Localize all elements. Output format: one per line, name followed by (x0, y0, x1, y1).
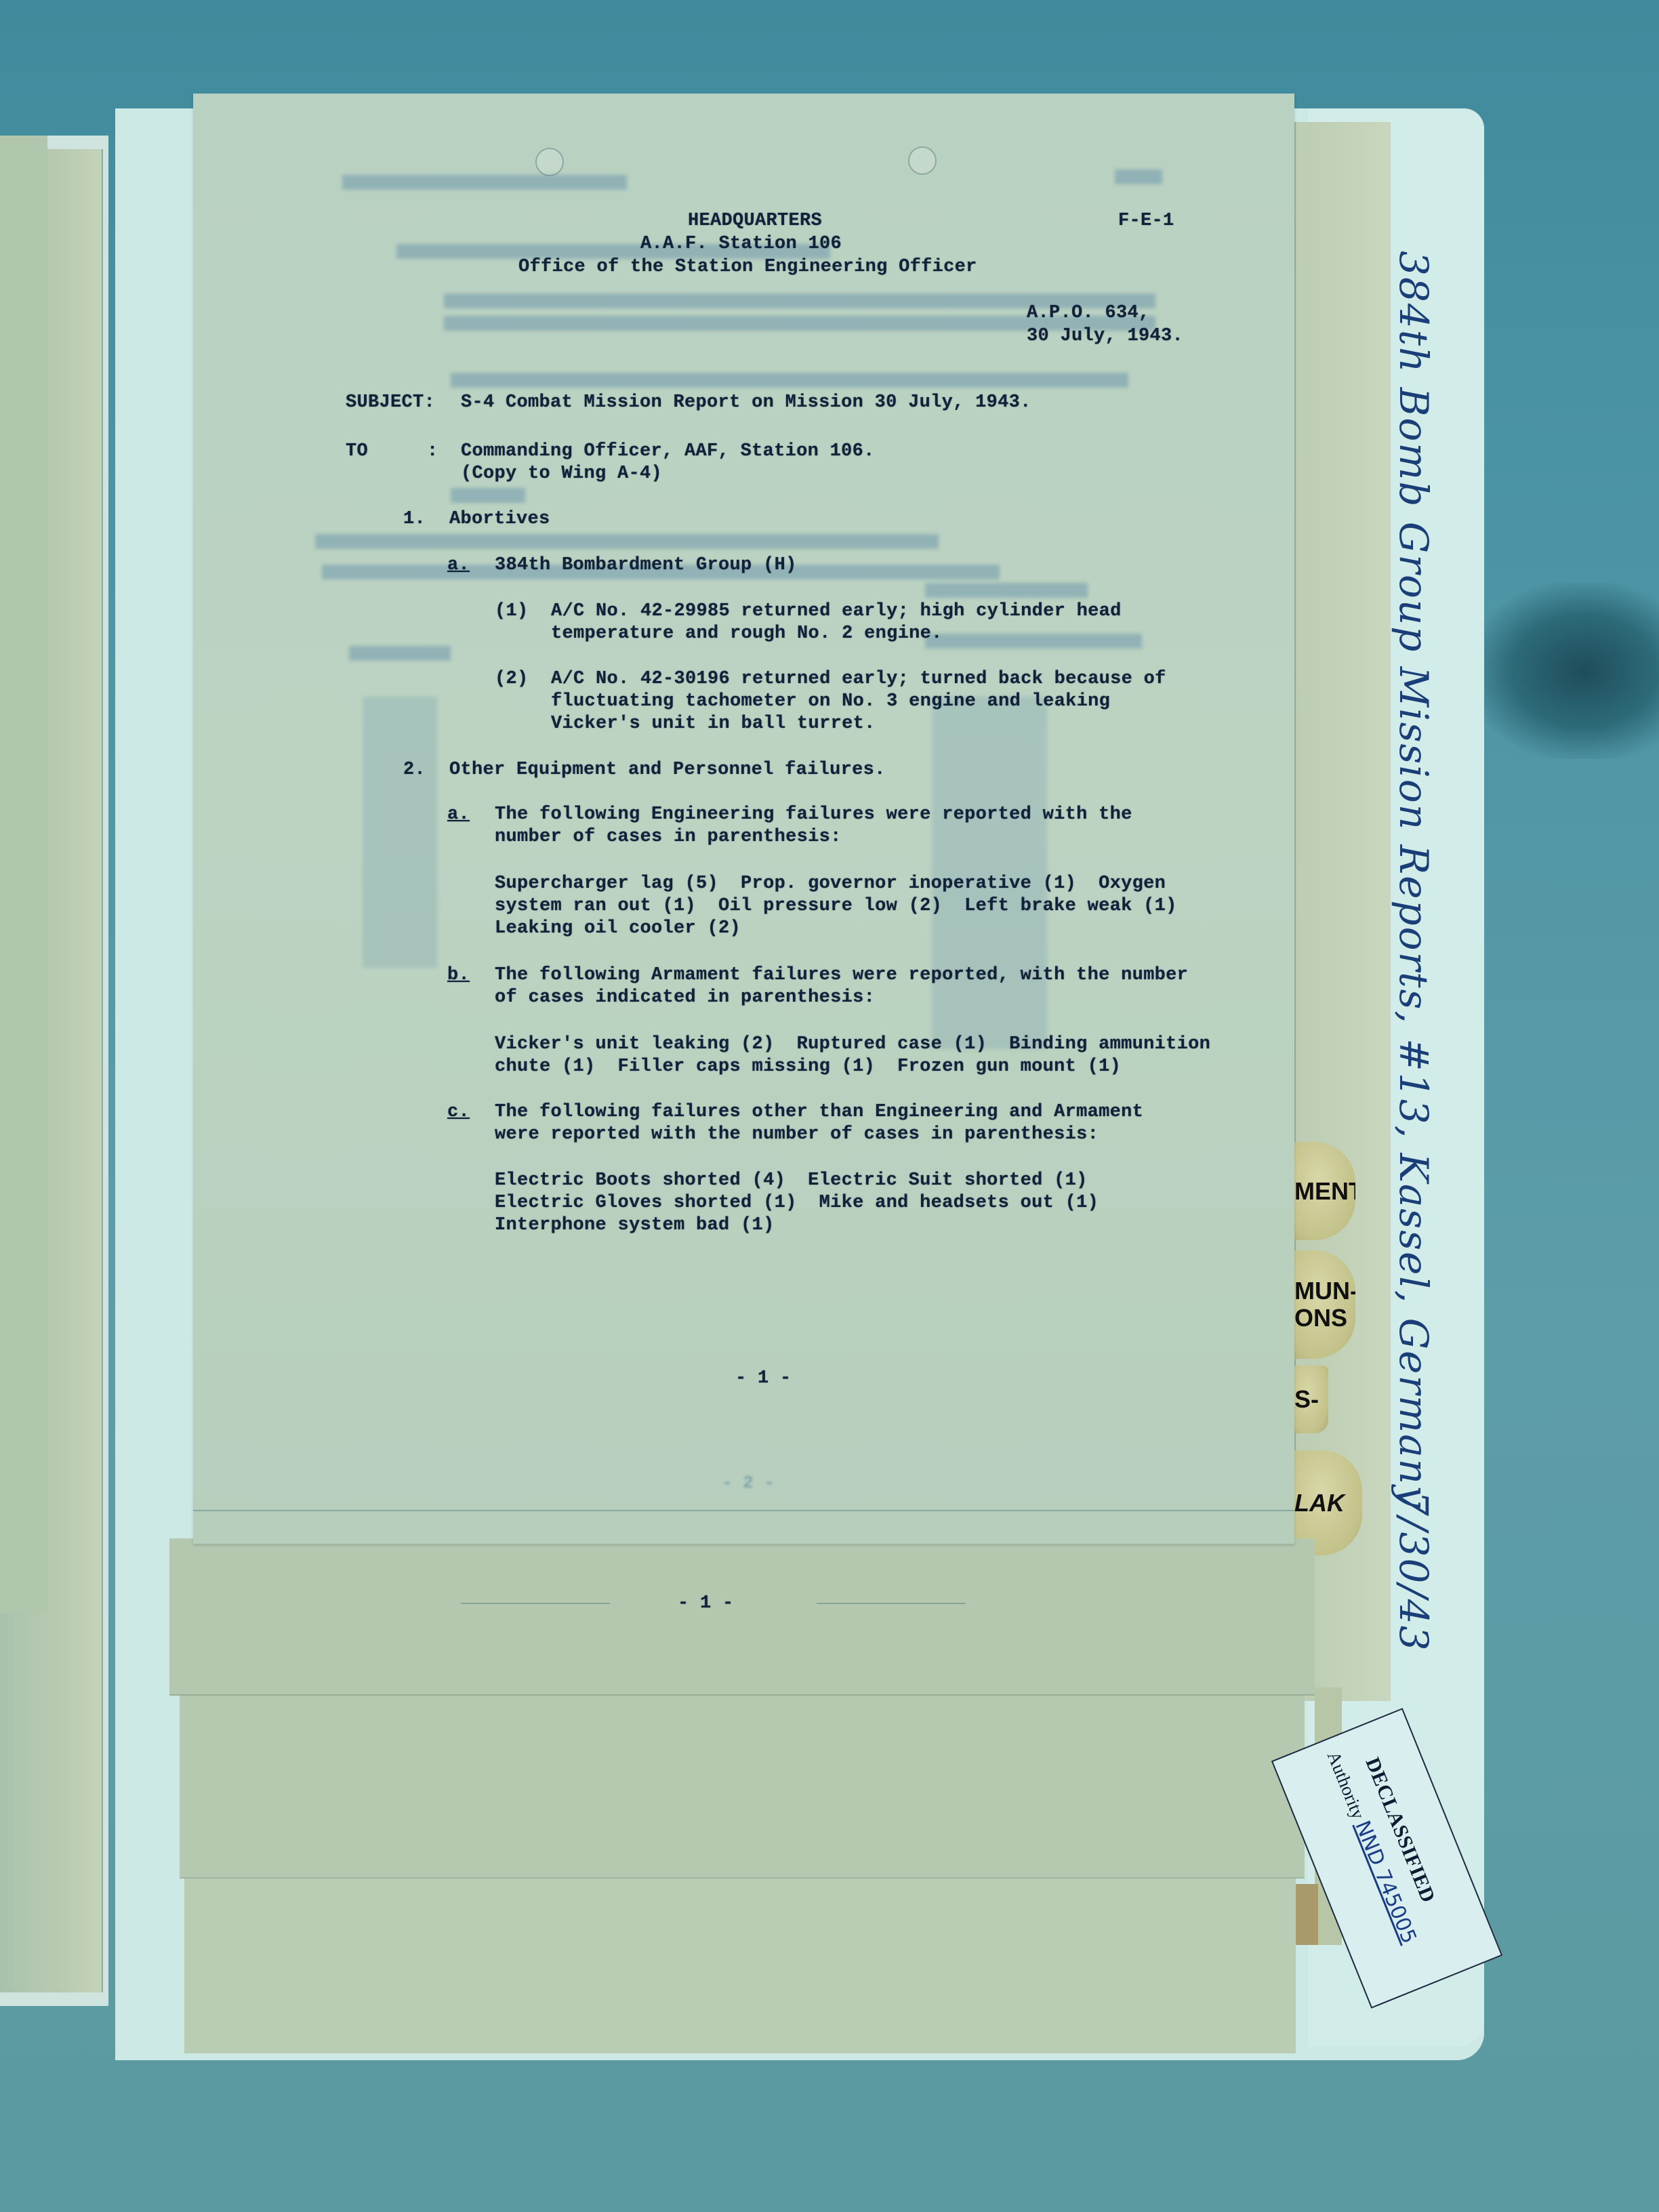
to-copy: (Copy to Wing A-4) (461, 463, 662, 485)
bleed-through-text (451, 488, 525, 503)
subsection-letter: b. (447, 964, 470, 987)
folder-handwritten-label: 384th Bomb Group Mission Reports, #13, K… (1391, 251, 1437, 1509)
punch-hole (535, 148, 564, 176)
back-sheet-1: - 1 - (169, 1538, 1315, 1696)
bleed-through-text (925, 583, 1088, 598)
failure-list: Leaking oil cooler (2) (495, 918, 741, 940)
subsection-title: 384th Bombardment Group (H) (495, 554, 797, 577)
bleed-through-column (363, 697, 437, 968)
page-number: - 1 - (735, 1368, 792, 1390)
header-headquarters: HEADQUARTERS (688, 210, 822, 232)
item-line: temperature and rough No. 2 engine. (551, 623, 943, 645)
subsection-intro: of cases indicated in parenthesis: (495, 987, 875, 1009)
failure-list: Electric Boots shorted (4) Electric Suit… (495, 1170, 1088, 1192)
section-number: 2. (403, 759, 426, 781)
section-title: Other Equipment and Personnel failures. (449, 759, 886, 781)
bleed-through-text (925, 634, 1142, 649)
subject-text: S-4 Combat Mission Report on Mission 30 … (461, 392, 1031, 414)
failure-list: Vicker's unit leaking (2) Ruptured case … (495, 1033, 1210, 1056)
folder-label-date: 7/30/43 (1391, 1491, 1437, 1652)
subsection-intro: The following Engineering failures were … (495, 804, 1132, 826)
lower-page-number: - 1 - (678, 1593, 734, 1615)
subsection-letter: c. (447, 1101, 470, 1124)
punch-hole (908, 146, 937, 175)
folder-handwritten-date: 7/30/43 (1391, 1491, 1437, 1652)
bleed-through-text (451, 373, 1128, 388)
tab-label: MUN- (1294, 1277, 1355, 1305)
tab-label: LAK (1294, 1490, 1345, 1517)
mission-report-page: - 2 - HEADQUARTERS F-E-1 A.A.F. Station … (193, 94, 1294, 1544)
subject-label: SUBJECT: (346, 392, 435, 414)
divider-tab-s[interactable]: S- (1294, 1366, 1328, 1433)
page-fold-line (193, 1510, 1294, 1511)
to-colon: : (427, 441, 438, 463)
item-line: Vicker's unit in ball turret. (551, 713, 876, 735)
ghost-page-number: - 2 - (722, 1473, 775, 1493)
item-line: A/C No. 42-29985 returned early; high cy… (551, 600, 1122, 623)
failure-list: system ran out (1) Oil pressure low (2) … (495, 895, 1177, 918)
section-title: Abortives (449, 508, 550, 531)
header-station: A.A.F. Station 106 (640, 233, 842, 255)
apo-number: A.P.O. 634, (1027, 302, 1150, 325)
divider-tab-communications[interactable]: MUN- ONS (1294, 1250, 1355, 1359)
subsection-letter: a. (447, 554, 470, 577)
failure-list: Supercharger lag (5) Prop. governor inop… (495, 873, 1166, 895)
tab-label: MENT (1294, 1178, 1355, 1205)
failure-list: Electric Gloves shorted (1) Mike and hea… (495, 1192, 1099, 1214)
to-recipient: Commanding Officer, AAF, Station 106. (461, 441, 875, 463)
report-date: 30 July, 1943. (1027, 325, 1183, 348)
item-line: A/C No. 42-30196 returned early; turned … (551, 668, 1166, 691)
subsection-letter: a. (447, 804, 470, 826)
section-number: 1. (403, 508, 426, 531)
subsection-intro: number of cases in parenthesis: (495, 826, 842, 848)
bleed-through-text (349, 646, 451, 661)
subsection-intro: The following failures other than Engine… (495, 1101, 1143, 1124)
failure-list: Interphone system bad (1) (495, 1214, 775, 1237)
folder-label-text: 384th Bomb Group Mission Reports, #13, K… (1391, 251, 1437, 1509)
failure-list: chute (1) Filler caps missing (1) Frozen… (495, 1056, 1121, 1078)
bleed-through-text (315, 534, 939, 549)
header-office: Office of the Station Engineering Office… (518, 256, 977, 279)
to-label: TO (346, 441, 368, 463)
back-sheet-2 (180, 1674, 1305, 1879)
left-paper-stack-inner (0, 136, 47, 1613)
item-number: (1) (495, 600, 529, 623)
tab-label: ONS (1294, 1305, 1347, 1332)
subsection-intro: were reported with the number of cases i… (495, 1124, 1099, 1146)
authority-label: Authority (1324, 1748, 1369, 1822)
page-reference: F-E-1 (1118, 210, 1174, 232)
item-line: fluctuating tachometer on No. 3 engine a… (551, 691, 1110, 713)
background-shadow (1471, 583, 1659, 759)
bleed-through-text (1115, 169, 1162, 184)
bleed-line (461, 1603, 610, 1604)
bleed-line (817, 1603, 966, 1604)
item-number: (2) (495, 668, 529, 691)
tab-label: S- (1294, 1386, 1319, 1413)
bleed-through-text (342, 175, 627, 190)
subsection-intro: The following Armament failures were rep… (495, 964, 1188, 987)
